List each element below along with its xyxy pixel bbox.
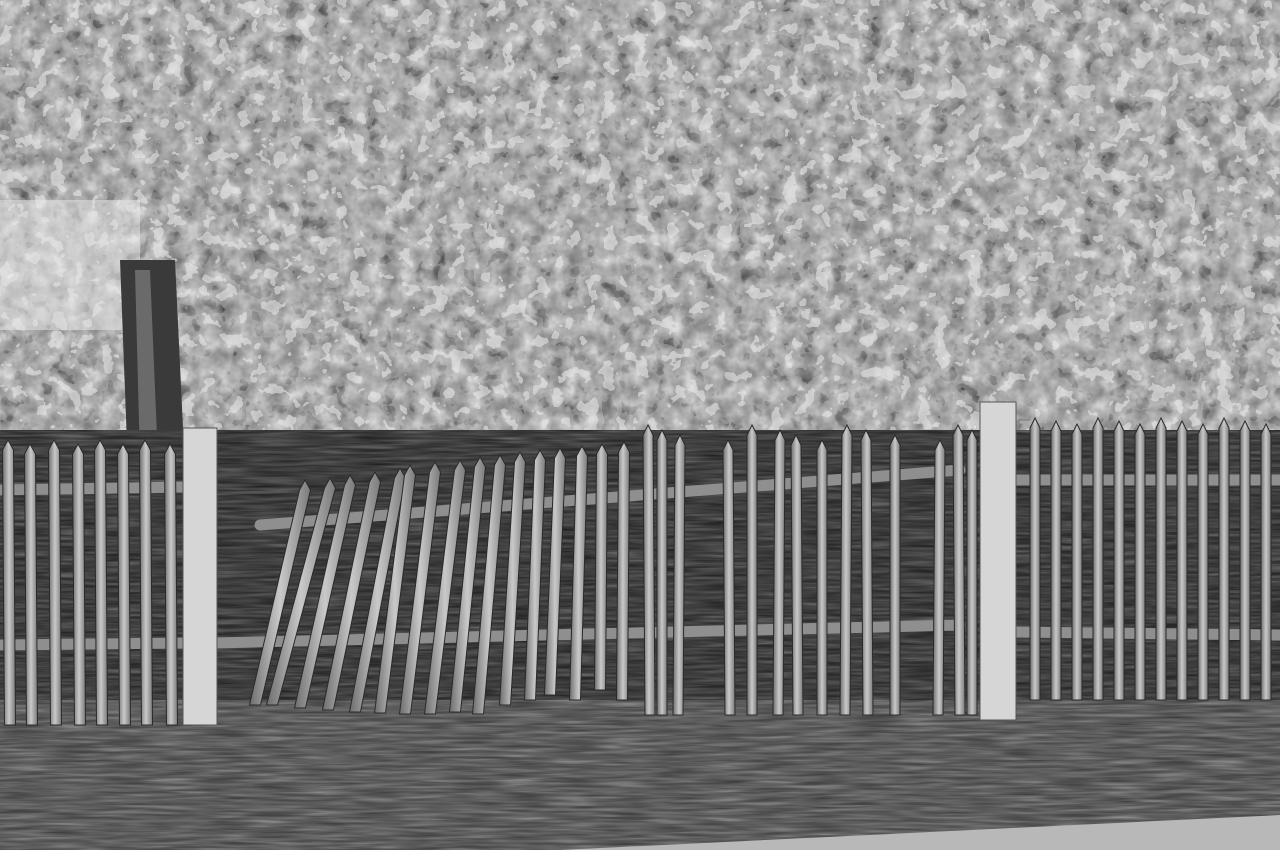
fence-picket — [95, 440, 108, 725]
fence-picket — [861, 430, 873, 715]
fence-picket — [953, 425, 965, 715]
fence-picket — [643, 425, 655, 715]
fence-picket — [967, 430, 977, 715]
fence-photograph — [0, 0, 1280, 850]
concrete-post — [980, 402, 1016, 720]
fence-picket — [25, 444, 38, 725]
fence-picket — [817, 440, 827, 715]
fence-picket — [73, 444, 86, 725]
fence-picket — [1051, 421, 1061, 700]
fence-picket — [3, 440, 16, 725]
fence-picket — [1093, 418, 1103, 700]
fence-picket — [1198, 424, 1208, 700]
concrete-post — [183, 428, 217, 725]
fence-picket — [791, 435, 803, 715]
fence-picket — [673, 435, 685, 715]
fence-picket — [49, 440, 62, 725]
fence-picket — [1261, 424, 1271, 700]
fence-picket — [1156, 418, 1166, 700]
fence-picket — [140, 440, 153, 725]
fence-picket — [723, 440, 735, 715]
fence-picket — [595, 444, 608, 690]
fence-picket — [1135, 424, 1145, 700]
tree-canopy — [0, 0, 1280, 470]
fence-picket — [890, 435, 900, 715]
fence-picket — [165, 444, 178, 725]
fence-picket — [747, 425, 757, 715]
fence-picket — [773, 430, 785, 715]
fence-picket — [118, 444, 131, 725]
fence-picket — [933, 440, 945, 715]
fence-picket — [1072, 424, 1082, 700]
fence-picket — [1177, 421, 1187, 700]
fence-picket — [1114, 421, 1124, 700]
fence-picket — [840, 425, 852, 715]
fence-picket — [617, 442, 630, 700]
fence-picket — [1219, 418, 1229, 700]
fence-picket — [1030, 418, 1040, 700]
fence-picket — [657, 430, 667, 715]
fence-picket — [1240, 421, 1250, 700]
